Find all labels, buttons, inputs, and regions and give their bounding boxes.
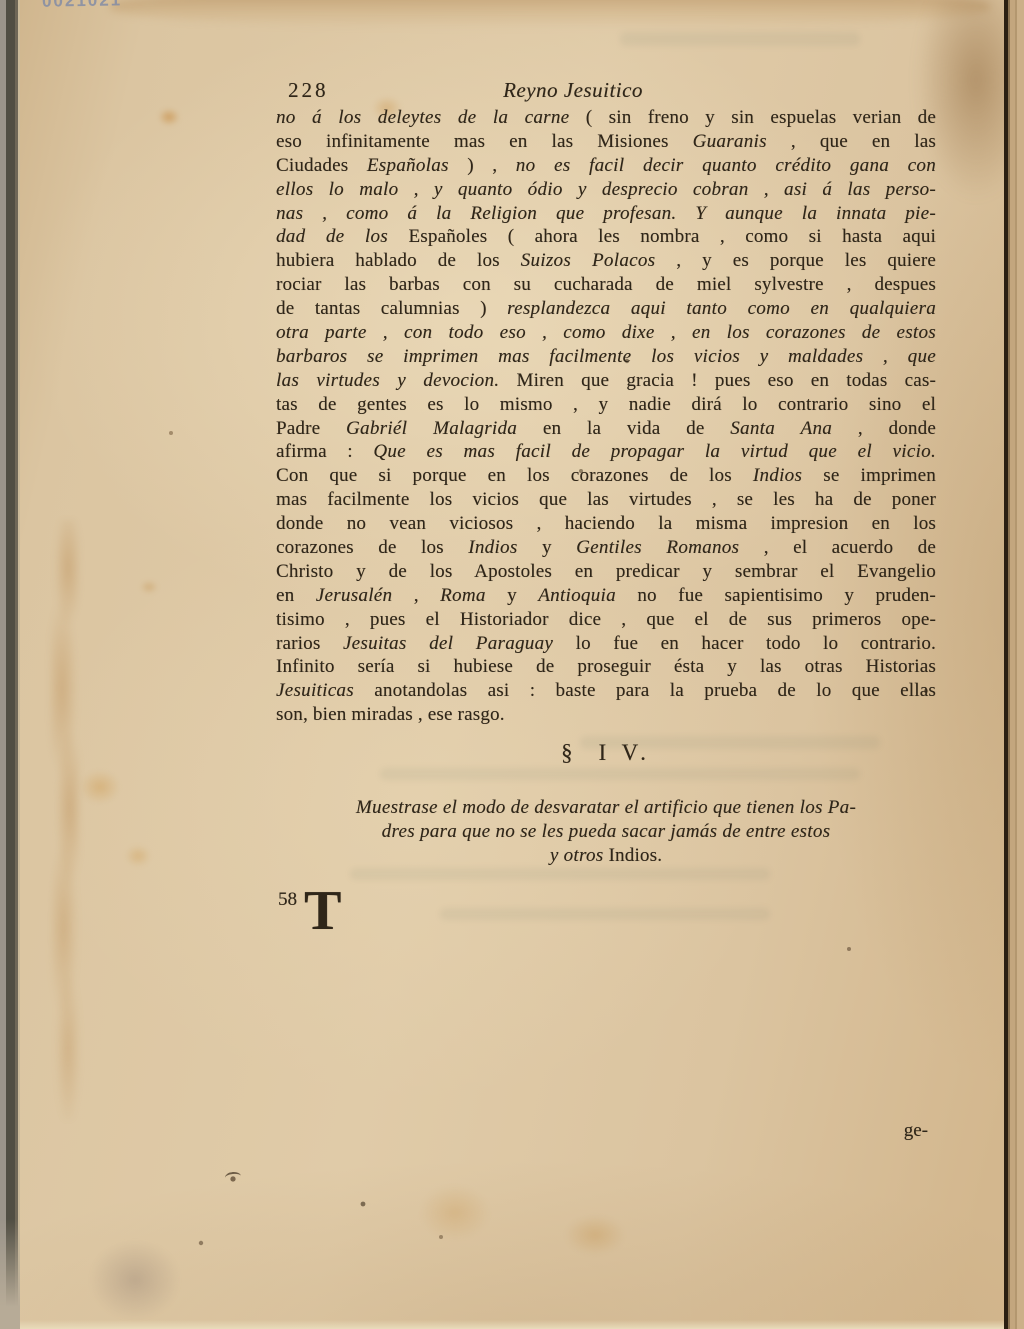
italic-segment: Muestrase el modo de desvaratar el artif… — [356, 797, 856, 818]
catchword: ge- — [276, 1120, 928, 1142]
roman-segment: y — [486, 585, 539, 606]
show-through-smudge — [620, 32, 860, 46]
roman-segment: ) , — [449, 155, 516, 176]
roman-segment: corazones de los — [276, 537, 468, 558]
text-line: son, bien miradas , ese rasgo. — [276, 703, 936, 727]
italic-segment: Indios — [468, 537, 517, 558]
roman-segment: eso infinitamente mas en las Misiones — [276, 131, 693, 152]
roman-segment: tas de gentes es lo mismo , y nadie dirá… — [276, 394, 936, 415]
text-line: Muestrase el modo de desvaratar el artif… — [276, 796, 936, 820]
text-line: en Jerusalén , Roma y Antioquia no fue s… — [276, 584, 936, 608]
digitization-watermark: 0021021 — [42, 0, 123, 12]
roman-segment: se imprimen — [802, 465, 936, 486]
section-subtitle: Muestrase el modo de desvaratar el artif… — [276, 796, 936, 868]
roman-segment: lo fue en hacer todo lo contrario. — [553, 633, 936, 654]
small-pen-mark — [225, 1171, 242, 1183]
roman-segment: no fue sapientisimo y pruden- — [616, 585, 936, 606]
left-water-stain — [50, 520, 80, 1120]
italic-segment: las virtudes y devocion. — [276, 370, 499, 391]
text-line: mas facilmente los vicios que las virtud… — [276, 488, 936, 512]
roman-segment: ( sin freno y sin espuelas verian de — [569, 107, 936, 128]
text-line: tisimo , pues el Historiador dice , que … — [276, 608, 936, 632]
roman-segment: hubiera hablado de los — [276, 250, 521, 271]
text-line: hubiera hablado de los Suizos Polacos , … — [276, 249, 936, 273]
roman-segment: son, bien miradas , ese rasgo. — [276, 704, 505, 725]
italic-segment: Españolas — [367, 155, 449, 176]
italic-segment: Antioquia — [538, 585, 616, 606]
page-number: 228 — [288, 78, 329, 103]
roman-segment: rarios — [276, 633, 343, 654]
text-line: Infinito sería si hubiese de proseguir é… — [276, 655, 936, 679]
roman-segment: en la vida de — [517, 418, 730, 439]
text-line: dad de los Españoles ( ahora les nombra … — [276, 225, 936, 249]
roman-segment: Christo y de los Apostoles en predicar y… — [276, 561, 936, 582]
rust-spot — [80, 770, 120, 804]
italic-segment: Suizos Polacos — [521, 250, 656, 271]
show-through-smudge — [350, 868, 770, 880]
italic-segment: Jesuitas del Paraguay — [343, 633, 553, 654]
scanned-book-page: { "meta": { "paper_color": "#dcc5a1", "i… — [0, 0, 1024, 1329]
bottom-edge-highlight — [20, 1320, 1006, 1329]
text-line: otra parte , con todo eso , como dixe , … — [276, 321, 936, 345]
roman-segment: Ciudades — [276, 155, 367, 176]
text-line: Ciudades Españolas ) , no es facil decir… — [276, 154, 936, 178]
italic-segment: Gentiles Romanos — [576, 537, 739, 558]
rust-spot — [125, 845, 151, 867]
roman-segment: , — [392, 585, 440, 606]
roman-segment: donde no vean viciosos , haciendo la mis… — [276, 513, 936, 534]
italic-segment: resplandezca aqui tanto como en qualquie… — [507, 298, 936, 319]
italic-segment: Que es mas facil de propagar la virtud q… — [373, 441, 936, 462]
roman-segment: en — [276, 585, 316, 606]
text-line: las virtudes y devocion. Miren que graci… — [276, 369, 936, 393]
text-line: Jesuiticas anotandolas asi : baste para … — [276, 679, 936, 703]
roman-segment: , donde — [832, 418, 936, 439]
roman-segment: tisimo , pues el Historiador dice , que … — [276, 609, 936, 630]
roman-segment: y — [518, 537, 577, 558]
roman-segment: Infinito sería si hubiese de proseguir é… — [276, 656, 936, 677]
italic-segment: Indios — [753, 465, 802, 486]
text-line: donde no vean viciosos , haciendo la mis… — [276, 512, 936, 536]
roman-segment: Indios. — [609, 845, 663, 866]
text-line: ellos lo malo , y quanto ódio y despreci… — [276, 178, 936, 202]
italic-segment: y otros — [550, 845, 609, 866]
text-line: corazones de los Indios y Gentiles Roman… — [276, 536, 936, 560]
text-line: y otros Indios. — [276, 844, 936, 868]
italic-segment: barbaros se imprimen mas facilmente los … — [276, 346, 936, 367]
section-numeral: I V. — [599, 740, 651, 765]
paragraph-58: 58 T — [276, 888, 936, 934]
italic-segment: no á los deleytes de la carne — [276, 107, 569, 128]
roman-segment: afirma : — [276, 441, 373, 462]
text-line: Con que si porque en los corazones de lo… — [276, 464, 936, 488]
text-line: tas de gentes es lo mismo , y nadie dirá… — [276, 393, 936, 417]
text-line: rociar las barbas con su cucharada de mi… — [276, 273, 936, 297]
section-mark: § — [561, 740, 573, 765]
roman-segment: Miren que gracia ! pues eso en todas cas… — [499, 370, 936, 391]
page-edge-right — [1004, 0, 1024, 1329]
top-stain-band — [110, 0, 990, 28]
italic-segment: Gabriél Malagrida — [346, 418, 517, 439]
book-binding-edge — [0, 0, 20, 1329]
paragraph-58-head: 58 T — [276, 888, 354, 934]
italic-segment: nas , como á la Religion que profesan. Y… — [276, 203, 936, 224]
italic-segment: otra parte , con todo eso , como dixe , … — [276, 322, 936, 343]
text-line: nas , como á la Religion que profesan. Y… — [276, 202, 936, 226]
text-line: de tantas calumnias ) resplandezca aqui … — [276, 297, 936, 321]
rust-spot — [158, 108, 180, 126]
roman-segment: rociar las barbas con su cucharada de mi… — [276, 274, 936, 295]
section-heading: §I V. — [276, 740, 936, 766]
roman-segment: , que en las — [767, 131, 936, 152]
binding-edge-fade — [0, 1219, 20, 1329]
italic-segment: Jerusalén — [316, 585, 393, 606]
text-line: rarios Jesuitas del Paraguay lo fue en h… — [276, 632, 936, 656]
text-line: Christo y de los Apostoles en predicar y… — [276, 560, 936, 584]
text-line: dres para que no se les pueda sacar jamá… — [276, 820, 936, 844]
text-line: afirma : Que es mas facil de propagar la… — [276, 440, 936, 464]
text-line: no á los deleytes de la carne ( sin fren… — [276, 106, 936, 130]
roman-segment: , el acuerdo de — [739, 537, 936, 558]
show-through-smudge — [380, 768, 860, 780]
rust-spot — [420, 1185, 490, 1240]
roman-segment: Españoles ( ahora les nombra , como si h… — [408, 226, 936, 247]
italic-segment: dad de los — [276, 226, 408, 247]
italic-segment: Guaranis — [693, 131, 767, 152]
paper-specks — [20, 0, 22, 2]
italic-segment: Santa Ana — [730, 418, 832, 439]
roman-segment: , y es porque les quiere — [655, 250, 936, 271]
rust-spot — [565, 1215, 625, 1255]
text-line: Padre Gabriél Malagrida en la vida de Sa… — [276, 417, 936, 441]
page-header: 228 Reyno Jesuitico — [276, 78, 936, 108]
text-line: barbaros se imprimen mas facilmente los … — [276, 345, 936, 369]
running-title: Reyno Jesuitico — [503, 78, 643, 103]
italic-segment: Roma — [440, 585, 486, 606]
paper-page: 0021021 228 Reyno Jesuitico no á los del… — [20, 0, 1006, 1329]
roman-segment: mas facilmente los vicios que las virtud… — [276, 489, 936, 510]
drop-cap: T — [304, 888, 341, 934]
text-line: eso infinitamente mas en las Misiones Gu… — [276, 130, 936, 154]
gray-smudge — [90, 1240, 180, 1320]
italic-segment: no es facil decir quanto crédito gana co… — [516, 155, 936, 176]
roman-segment: anotandolas asi : baste para la prueba d… — [354, 680, 936, 701]
paragraph-number: 58 — [278, 888, 297, 912]
rust-spot — [140, 580, 158, 594]
italic-segment: dres para que no se les pueda sacar jamá… — [382, 821, 831, 842]
roman-segment: Con que si porque en los corazones de lo… — [276, 465, 753, 486]
roman-segment: Padre — [276, 418, 346, 439]
paragraph-continuation: no á los deleytes de la carne ( sin fren… — [276, 106, 936, 727]
roman-segment: de tantas calumnias ) — [276, 298, 507, 319]
italic-segment: ellos lo malo , y quanto ódio y despreci… — [276, 179, 936, 200]
italic-segment: Jesuiticas — [276, 680, 354, 701]
